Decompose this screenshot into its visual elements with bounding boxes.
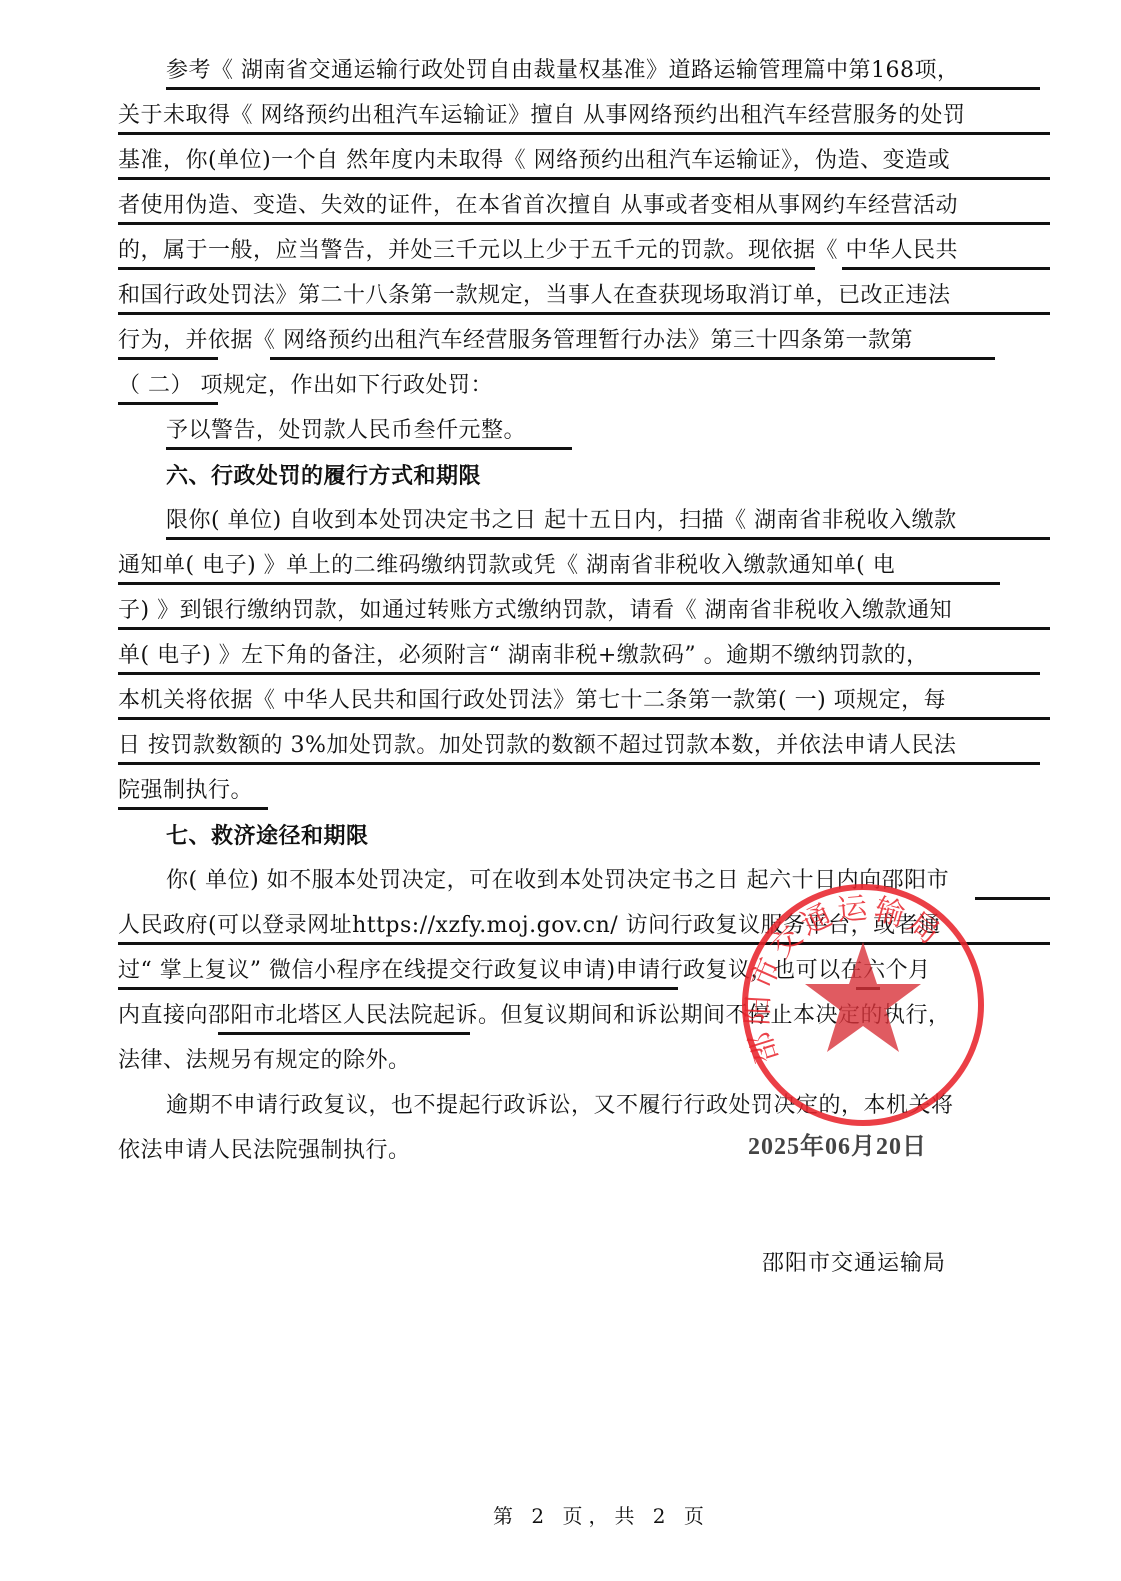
- underline-rule: [118, 312, 1050, 315]
- underline-rule: [118, 132, 1050, 135]
- text-line: 者使用伪造、变造、失效的证件，在本省首次擅自 从事或者变相从事网约车经营活动: [118, 191, 958, 221]
- underline-rule: [270, 357, 995, 360]
- text-line: 本机关将依据《 中华人民共和国行政处罚法》第七十二条第一款第( 一) 项规定，每: [118, 686, 946, 716]
- text-line: 单( 电子) 》左下角的备注，必须附言“ 湖南非税+缴款码” 。逾期不缴纳罚款的…: [118, 641, 929, 671]
- underline-rule: [118, 582, 1000, 585]
- text-line: 人民政府(可以登录网址https://xzfy.moj.gov.cn/ 访问行政…: [118, 911, 941, 941]
- document-date: 2025年06月20日: [748, 1126, 927, 1161]
- text-line: 行为，并依据《 网络预约出租汽车经营服务管理暂行办法》第三十四条第一款第: [118, 326, 913, 356]
- issuing-authority: 邵阳市交通运输局: [762, 1246, 946, 1277]
- text-line: 关于未取得《 网络预约出租汽车运输证》擅自 从事网络预约出租汽车经营服务的处罚: [118, 101, 966, 131]
- section-7-heading: 七、救济途径和期限: [166, 821, 369, 851]
- page-number: 第 2 页，共 2 页: [493, 1500, 710, 1529]
- text-line: 基准，你(单位)一个自 然年度内未取得《 网络预约出租汽车运输证》，伪造、变造或: [118, 146, 950, 176]
- underline-rule: [118, 402, 218, 405]
- text-line: （ 二） 项规定，作出如下行政处罚：: [118, 371, 493, 401]
- text-line: 内直接向邵阳市北塔区人民法院起诉。但复议期间和诉讼期间不停止本决定的执行，: [118, 1001, 951, 1031]
- document-page: 参考《 湖南省交通运输行政处罚自由裁量权基准》道路运输管理篇中第168项，关于未…: [0, 0, 1121, 1581]
- section-6-heading: 六、行政处罚的履行方式和期限: [166, 461, 481, 491]
- text-line: 和国行政处罚法》第二十八条第一款规定，当事人在查获现场取消订单，已改正违法: [118, 281, 951, 311]
- text-line: 予以警告，处罚款人民币叁仟元整。: [166, 416, 526, 446]
- text-line: 参考《 湖南省交通运输行政处罚自由裁量权基准》道路运输管理篇中第168项，: [166, 56, 960, 86]
- text-line: 通知单( 电子) 》单上的二维码缴纳罚款或凭《 湖南省非税收入缴款通知单( 电: [118, 551, 895, 581]
- text-line: 子) 》到银行缴纳罚款，如通过转账方式缴纳罚款，请看《 湖南省非税收入缴款通知: [118, 596, 952, 626]
- underline-rule: [118, 177, 1050, 180]
- underline-rule: [118, 267, 815, 270]
- underline-rule: [975, 897, 1050, 900]
- underline-rule: [218, 1032, 470, 1035]
- underline-rule: [856, 987, 880, 990]
- underline-rule: [118, 627, 1050, 630]
- underline-rule: [118, 672, 1040, 675]
- text-line: 日 按罚款数额的 3%加处罚款。加处罚款的数额不超过罚款本数，并依法申请人民法: [118, 731, 956, 761]
- underline-rule: [118, 942, 1050, 945]
- text-line: 你( 单位) 如不服本处罚决定，可在收到本处罚决定书之日 起六十日内向邵阳市: [166, 866, 949, 896]
- underline-rule: [118, 222, 1050, 225]
- text-line: 过“ 掌上复议” 微信小程序在线提交行政复议申请)申请行政复议，也可以在六个月: [118, 956, 931, 986]
- text-line: 依法申请人民法院强制执行。: [118, 1136, 411, 1166]
- text-line: 法律、法规另有规定的除外。: [118, 1046, 411, 1076]
- text-line: 逾期不申请行政复议，也不提起行政诉讼，又不履行行政处罚决定的，本机关将: [166, 1091, 954, 1121]
- underline-rule: [842, 267, 1050, 270]
- underline-rule: [166, 87, 1040, 90]
- underline-rule: [118, 762, 1040, 765]
- text-line: 的，属于一般，应当警告，并处三千元以上少于五千元的罚款。现依据《 中华人民共: [118, 236, 958, 266]
- underline-rule: [118, 717, 1050, 720]
- underline-rule: [118, 987, 678, 990]
- text-line: 限你( 单位) 自收到本处罚决定书之日 起十五日内，扫描《 湖南省非税收入缴款: [166, 506, 957, 536]
- underline-rule: [166, 447, 572, 450]
- underline-rule: [118, 357, 218, 360]
- underline-rule: [166, 537, 1050, 540]
- underline-rule: [118, 807, 268, 810]
- text-line: 院强制执行。: [118, 776, 253, 806]
